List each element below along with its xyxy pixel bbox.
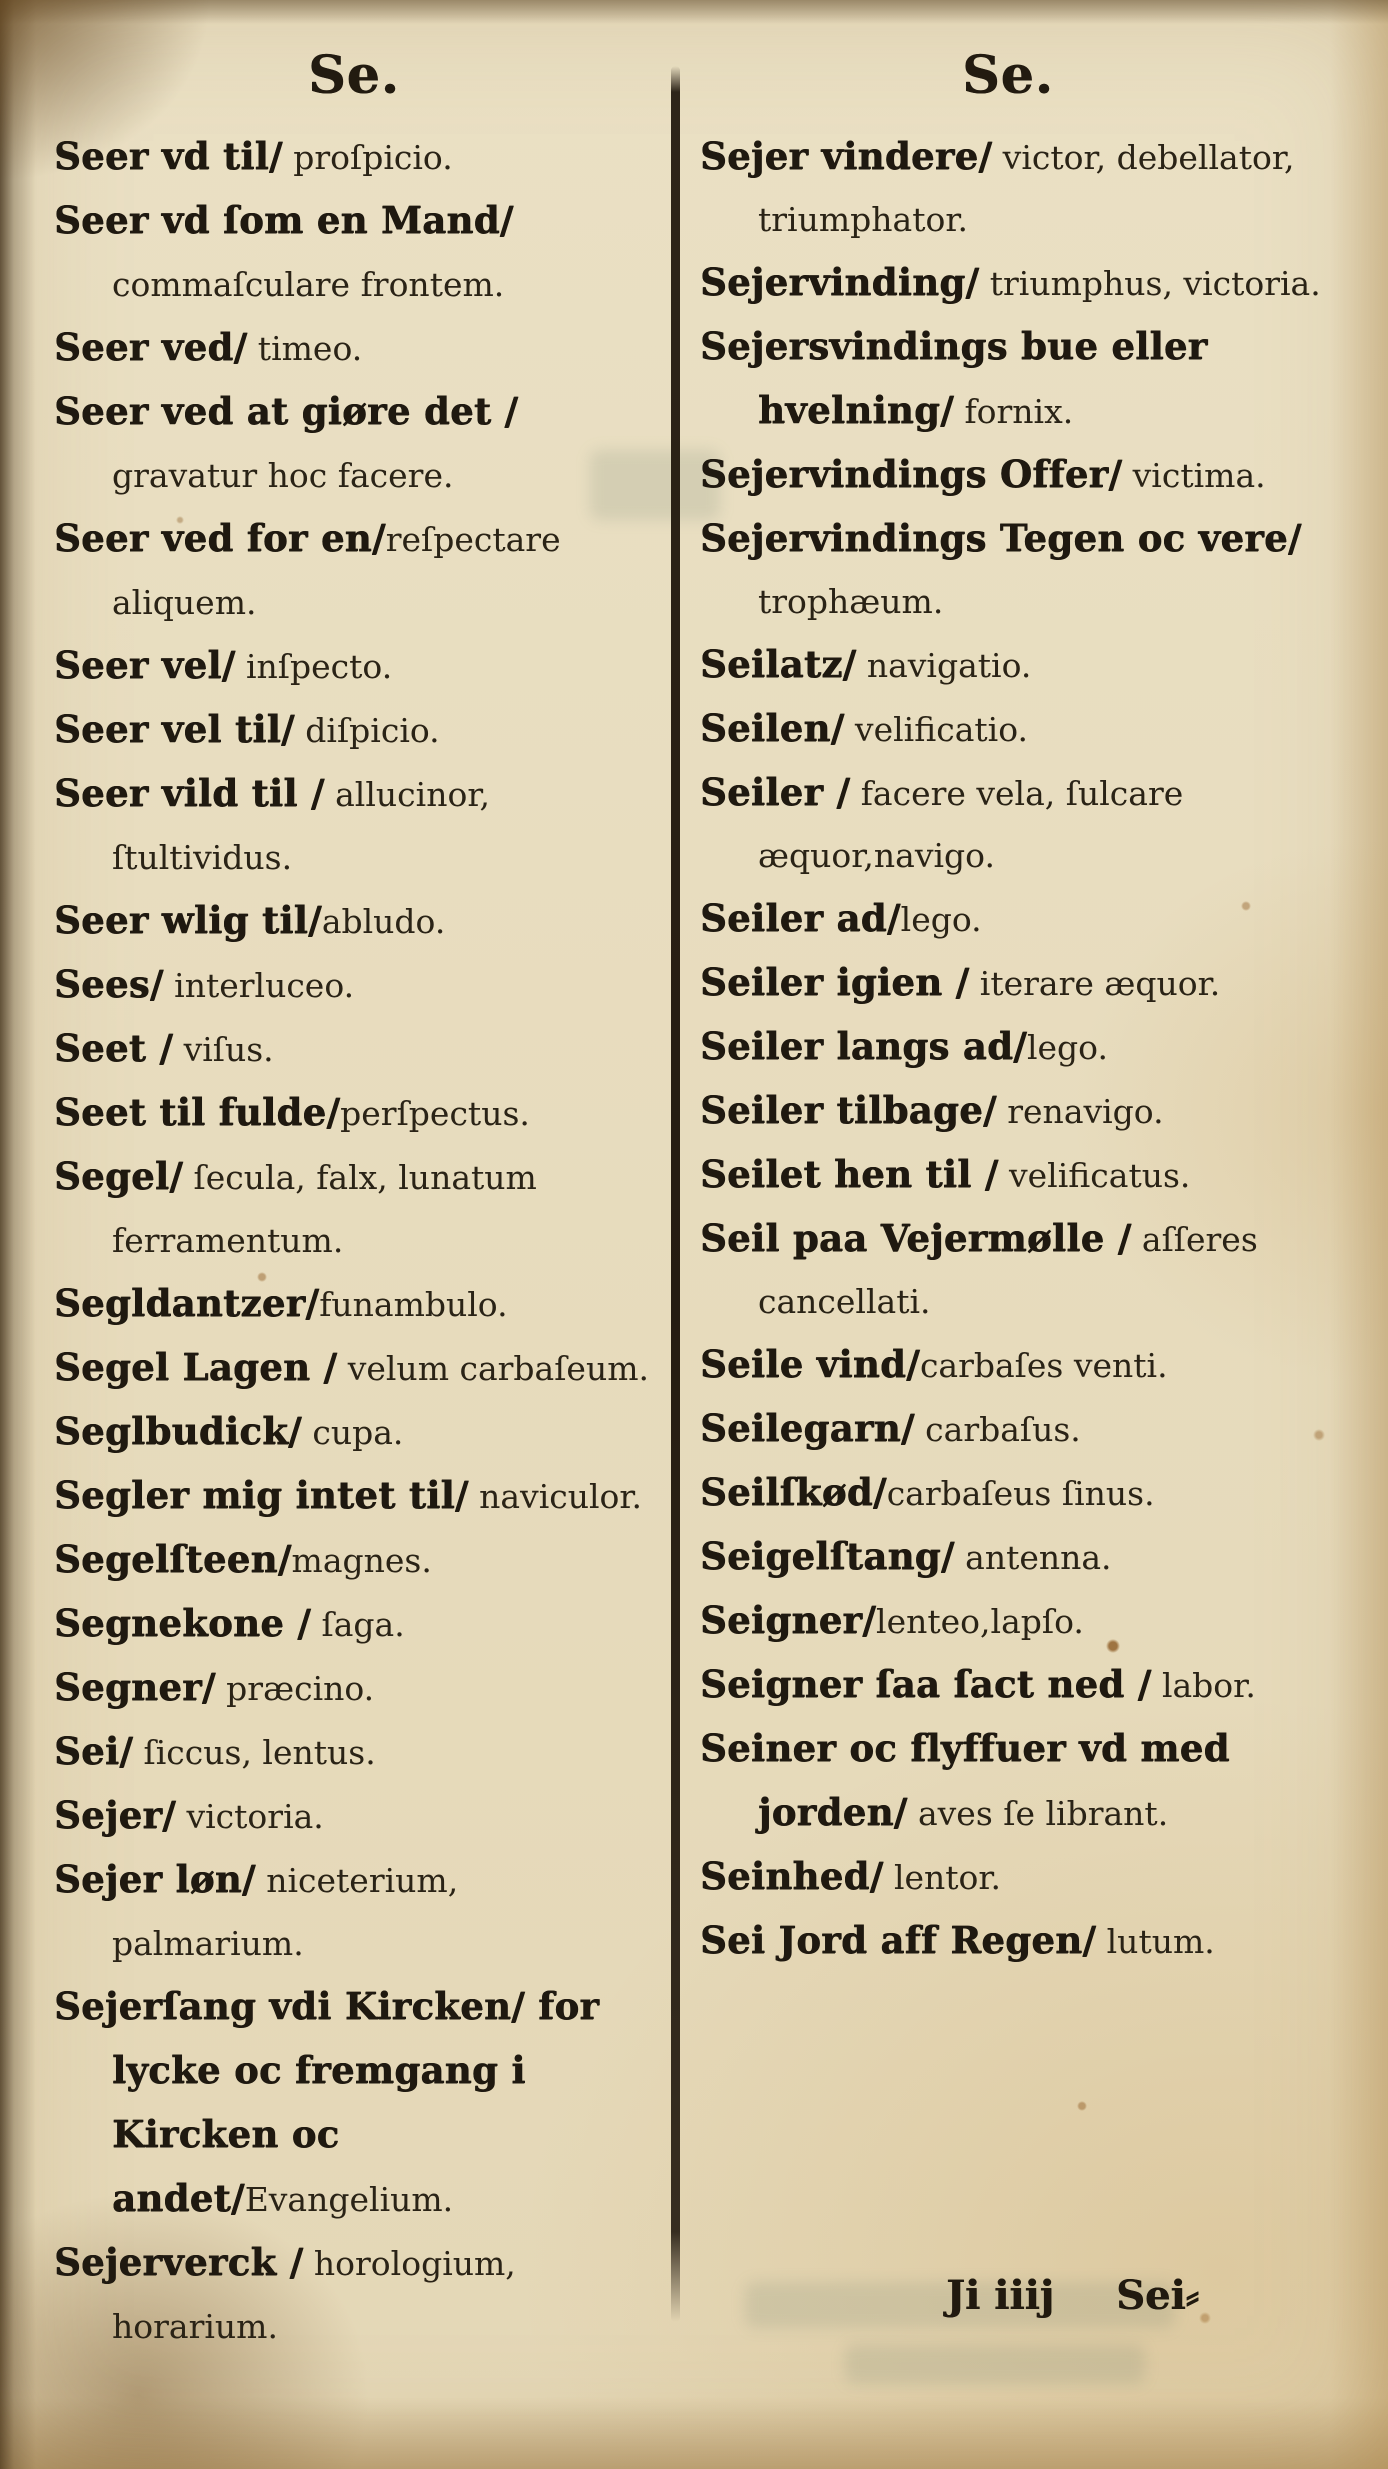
latin-gloss: carbaſus. — [915, 1410, 1081, 1449]
headword: Seigner/ — [700, 1598, 876, 1642]
dictionary-entry: Seglbudick/ cupa. — [54, 1403, 654, 1467]
latin-gloss: naviculor. — [469, 1477, 642, 1516]
latin-gloss: carbaſes venti. — [920, 1346, 1168, 1385]
headword: Sees/ — [54, 962, 164, 1006]
latin-gloss: funambulo. — [319, 1285, 507, 1324]
headword: Sejervinding/ — [700, 260, 979, 304]
dictionary-entry: Sejervinding/ triumphus, victoria. — [700, 254, 1346, 318]
headword: Seigner ſaa ſact ned / — [700, 1662, 1151, 1706]
dictionary-entry: Seilſkød/carbaſeus ſinus. — [700, 1464, 1346, 1528]
headword: Sejer løn/ — [54, 1857, 256, 1901]
dictionary-entry: Seilegarn/ carbaſus. — [700, 1400, 1346, 1464]
dictionary-entry: Sejer løn/ niceterium, palmarium. — [54, 1851, 654, 1978]
latin-gloss: viſus. — [173, 1030, 274, 1069]
dictionary-entry: Seiler tilbage/ renavigo. — [700, 1082, 1346, 1146]
latin-gloss: renavigo. — [997, 1092, 1164, 1131]
dictionary-entry: Seilet hen til / velificatus. — [700, 1146, 1346, 1210]
headword: Seer wlig til/ — [54, 898, 322, 942]
latin-gloss: victoria. — [176, 1797, 324, 1836]
dictionary-entry: Seer wlig til/abludo. — [54, 892, 654, 956]
latin-gloss: velificatio. — [844, 710, 1028, 749]
dictionary-entry: Sei Jord aff Regen/ lutum. — [700, 1912, 1346, 1976]
headword: Seilegarn/ — [700, 1406, 915, 1450]
dictionary-entry: Sejerverck / horologium, horarium. — [54, 2234, 654, 2361]
latin-gloss: magnes. — [292, 1541, 432, 1580]
dictionary-entry: Seer vild til / allucinor, ſtultividus. — [54, 765, 654, 892]
dictionary-entry: Seigner ſaa ſact ned / labor. — [700, 1656, 1346, 1720]
dictionary-entry: Seer ved at giøre det / gravatur hoc fac… — [54, 383, 654, 510]
latin-gloss: velum carbaſeum. — [337, 1349, 649, 1388]
latin-gloss: aves ſe librant. — [908, 1794, 1169, 1833]
dictionary-entry: Sejerſang vdi Kircken/ for lycke oc frem… — [54, 1978, 654, 2234]
latin-gloss: lego. — [901, 900, 982, 939]
latin-gloss: interluceo. — [164, 966, 354, 1005]
headword: Seer vild til / — [54, 771, 325, 815]
dictionary-entry: Seiner oc flyffuer vd med jorden/ aves ſ… — [700, 1720, 1346, 1848]
dictionary-entry: Seigelſtang/ antenna. — [700, 1528, 1346, 1592]
column-divider-rule — [671, 66, 680, 2322]
dictionary-entry: Seer vd ſom en Mand/ commaſculare fronte… — [54, 192, 654, 319]
latin-gloss: fornix. — [954, 392, 1073, 431]
headword: Seer ved/ — [54, 325, 247, 369]
book-page-scan: Se. Se. Seer vd til/ proſpicio.Seer vd ſ… — [0, 0, 1388, 2469]
headword: Seigelſtang/ — [700, 1534, 955, 1578]
latin-gloss: antenna. — [955, 1538, 1112, 1577]
catchword: Sei⸗ — [1116, 2272, 1199, 2319]
headword: Seiler ad/ — [700, 896, 901, 940]
headword: Seinhed/ — [700, 1854, 883, 1898]
dictionary-entry: Sees/ interluceo. — [54, 956, 654, 1020]
latin-gloss: carbaſeus ſinus. — [887, 1474, 1155, 1513]
headword: Seilet hen til / — [700, 1152, 999, 1196]
headword: Seer ved at giøre det / — [54, 389, 518, 433]
latin-gloss: perſpectus. — [340, 1094, 530, 1133]
latin-gloss: labor. — [1151, 1666, 1255, 1705]
headword: Segler mig intet til/ — [54, 1473, 469, 1517]
headword: Seil paa Vejermølle / — [700, 1216, 1131, 1260]
dictionary-entry: Seiler / facere vela, ſulcare æquor,navi… — [700, 764, 1346, 890]
latin-gloss: lentor. — [883, 1858, 1001, 1897]
left-column-header: Se. — [308, 48, 400, 104]
latin-gloss: cupa. — [302, 1413, 404, 1452]
latin-gloss: inſpecto. — [236, 647, 393, 686]
dictionary-entry: Segel Lagen / velum carbaſeum. — [54, 1339, 654, 1403]
signature-mark: Ji iiij — [946, 2272, 1054, 2319]
headword: Seet til fulde/ — [54, 1090, 340, 1134]
headword: Segel Lagen / — [54, 1345, 337, 1389]
headword: Seiler / — [700, 770, 850, 814]
headword: Seer vd ſom en Mand/ — [54, 198, 514, 242]
dictionary-entry: Segner/ præcino. — [54, 1659, 654, 1723]
dictionary-entry: Sejersvindings bue eller hvelning/ forni… — [700, 318, 1346, 446]
dictionary-entry: Seer vel/ inſpecto. — [54, 637, 654, 701]
right-column: Sejer vindere/ victor, debellator, trium… — [700, 128, 1346, 1976]
dictionary-entry: Seer vd til/ proſpicio. — [54, 128, 654, 192]
latin-gloss: navigatio. — [856, 646, 1031, 685]
latin-gloss: lutum. — [1096, 1922, 1215, 1961]
headword: Segner/ — [54, 1665, 216, 1709]
headword: Sejervindings Offer/ — [700, 452, 1122, 496]
headword: Segelſteen/ — [54, 1537, 292, 1581]
dictionary-entry: Segnekone / ſaga. — [54, 1595, 654, 1659]
latin-gloss: lego. — [1027, 1028, 1108, 1067]
headword: Seilſkød/ — [700, 1470, 887, 1514]
latin-gloss: ſaga. — [311, 1605, 405, 1644]
headword: Seile vind/ — [700, 1342, 920, 1386]
headword: Sei Jord aff Regen/ — [700, 1918, 1096, 1962]
headword: Seet / — [54, 1026, 173, 1070]
latin-gloss: victima. — [1122, 456, 1265, 495]
dictionary-entry: Seinhed/ lentor. — [700, 1848, 1346, 1912]
ink-bleed-through — [845, 2344, 1145, 2384]
dictionary-entry: Sejervindings Tegen oc vere/ trophæum. — [700, 510, 1346, 636]
headword: Seiler igien / — [700, 960, 969, 1004]
dictionary-entry: Segler mig intet til/ naviculor. — [54, 1467, 654, 1531]
headword: Seer vel til/ — [54, 707, 295, 751]
latin-gloss: triumphus, victoria. — [979, 264, 1320, 303]
latin-gloss: velificatus. — [999, 1156, 1191, 1195]
headword: Segldantzer/ — [54, 1281, 319, 1325]
dictionary-entry: Segldantzer/funambulo. — [54, 1275, 654, 1339]
right-column-header: Se. — [962, 48, 1054, 104]
dictionary-entry: Seet / viſus. — [54, 1020, 654, 1084]
dictionary-entry: Seiler ad/lego. — [700, 890, 1346, 954]
dictionary-entry: Seet til fulde/perſpectus. — [54, 1084, 654, 1148]
dictionary-entry: Seilen/ velificatio. — [700, 700, 1346, 764]
dictionary-entry: Seer ved/ timeo. — [54, 319, 654, 383]
headword: Sei/ — [54, 1729, 133, 1773]
headword: Sejer/ — [54, 1793, 176, 1837]
latin-gloss: abludo. — [322, 902, 446, 941]
headword: Segel/ — [54, 1154, 183, 1198]
dictionary-entry: Segel/ ſecula, falx, lunatum ferramentum… — [54, 1148, 654, 1275]
headword: Seer vd til/ — [54, 134, 283, 178]
dictionary-entry: Seil paa Vejermølle / aſſeres cancellati… — [700, 1210, 1346, 1336]
headword: Seiler tilbage/ — [700, 1088, 997, 1132]
dictionary-entry: Sejer/ victoria. — [54, 1787, 654, 1851]
headword: Seglbudick/ — [54, 1409, 302, 1453]
headword: Sejerverck / — [54, 2240, 303, 2284]
latin-gloss: iterare æquor. — [969, 964, 1220, 1003]
latin-gloss: proſpicio. — [283, 138, 453, 177]
latin-gloss: trophæum. — [758, 582, 943, 621]
signature-line: Ji iiij Sei⸗ — [700, 2272, 1346, 2319]
headword: Segnekone / — [54, 1601, 311, 1645]
dictionary-entry: Seilatz/ navigatio. — [700, 636, 1346, 700]
dictionary-entry: Sejer vindere/ victor, debellator, trium… — [700, 128, 1346, 254]
latin-gloss: ſiccus, lentus. — [133, 1733, 376, 1772]
dictionary-entry: Seer vel til/ diſpicio. — [54, 701, 654, 765]
headword: Seilen/ — [700, 706, 844, 750]
headword: Seer ved for en/ — [54, 516, 386, 560]
latin-gloss: commaſculare frontem. — [112, 265, 504, 304]
dictionary-entry: Sei/ ſiccus, lentus. — [54, 1723, 654, 1787]
dictionary-entry: Seiler langs ad/lego. — [700, 1018, 1346, 1082]
left-column: Seer vd til/ proſpicio.Seer vd ſom en Ma… — [54, 128, 654, 2361]
dictionary-entry: Seigner/lenteo,lapſo. — [700, 1592, 1346, 1656]
headword: Seiler langs ad/ — [700, 1024, 1027, 1068]
latin-gloss: diſpicio. — [295, 711, 440, 750]
latin-gloss: Evangelium. — [245, 2180, 453, 2219]
headword: Seer vel/ — [54, 643, 236, 687]
latin-gloss: præcino. — [216, 1669, 374, 1708]
latin-gloss: timeo. — [247, 329, 362, 368]
headword: Sejer vindere/ — [700, 134, 992, 178]
dictionary-entry: Segelſteen/magnes. — [54, 1531, 654, 1595]
latin-gloss: gravatur hoc facere. — [112, 456, 453, 495]
dictionary-entry: Seile vind/carbaſes venti. — [700, 1336, 1346, 1400]
dictionary-entry: Seiler igien / iterare æquor. — [700, 954, 1346, 1018]
headword: Seilatz/ — [700, 642, 856, 686]
headword: Sejervindings Tegen oc vere/ — [700, 516, 1302, 560]
latin-gloss: lenteo,lapſo. — [876, 1602, 1084, 1641]
dictionary-entry: Seer ved for en/reſpectare aliquem. — [54, 510, 654, 637]
dictionary-entry: Sejervindings Offer/ victima. — [700, 446, 1346, 510]
